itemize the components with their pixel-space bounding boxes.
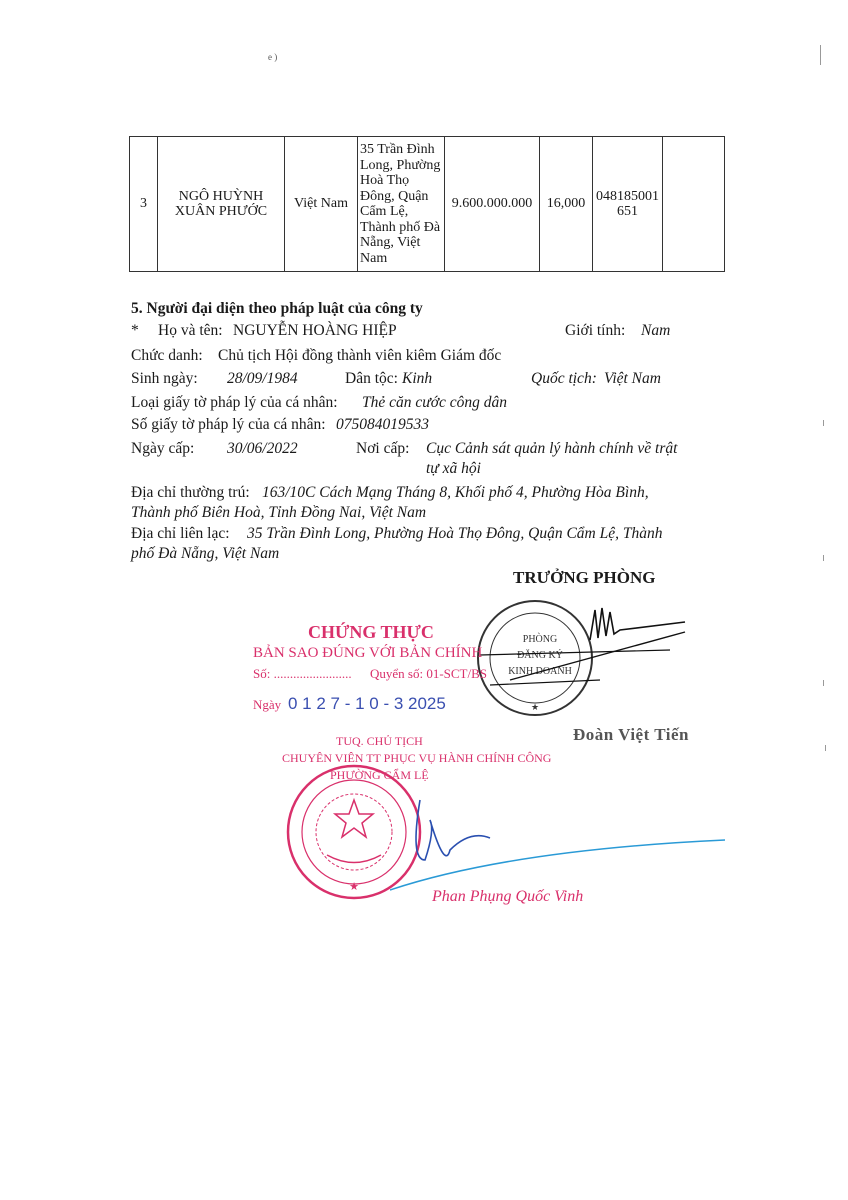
cert-tuq: TUQ. CHỦ TỊCH (336, 734, 423, 749)
blue-signature (390, 790, 730, 900)
title-label: Chức danh: (131, 347, 203, 365)
member-note (663, 137, 725, 272)
cert-quyen-so: Quyển số: 01-SCT/BS (370, 666, 487, 682)
bullet: * (131, 322, 139, 340)
ethnic-value: Kinh (402, 370, 432, 388)
issue-date-value: 30/06/2022 (227, 440, 298, 458)
scan-edge-mark (823, 555, 824, 561)
signature-title: TRƯỞNG PHÒNG (513, 568, 655, 588)
member-ratio: 16,000 (540, 137, 593, 272)
issue-place-line2: tự xã hội (426, 460, 481, 478)
member-nationality: Việt Nam (285, 137, 358, 272)
name-label: Họ và tên: (158, 322, 223, 340)
cert-date-label: Ngày (253, 697, 281, 713)
member-capital: 9.600.000.000 (445, 137, 540, 272)
title-value: Chủ tịch Hội đồng thành viên kiêm Giám đ… (218, 347, 501, 365)
row-number: 3 (130, 137, 158, 272)
perm-addr-line2: Thành phố Biên Hoà, Tỉnh Đồng Nai, Việt … (131, 504, 426, 522)
issue-date-label: Ngày cấp: (131, 440, 194, 458)
cert-date-value: 0 1 2 7 - 1 0 - 3 2025 (288, 694, 446, 714)
ethnic-label: Dân tộc: (345, 370, 398, 388)
cert-title: CHỨNG THỰC (308, 622, 434, 643)
cert-subtitle: BẢN SAO ĐÚNG VỚI BẢN CHÍNH (253, 645, 482, 662)
scan-edge-mark (825, 745, 826, 751)
issue-place-label: Nơi cấp: (356, 440, 409, 458)
scan-edge-mark (820, 45, 821, 65)
black-signature (470, 600, 690, 710)
perm-addr-line1: 163/10C Cách Mạng Tháng 8, Khối phố 4, P… (262, 484, 649, 502)
contact-addr-label: Địa chỉ liên lạc: (131, 525, 230, 543)
gender-value: Nam (641, 322, 670, 340)
dob-label: Sinh ngày: (131, 370, 198, 388)
dob-value: 28/09/1984 (227, 370, 298, 388)
scan-mark: e ) (268, 52, 277, 62)
member-address: 35 Trần Đình Long, Phường Hoà Thọ Đông, … (358, 137, 445, 272)
doc-type-value: Thẻ căn cước công dân (362, 394, 507, 412)
table-row: 3 NGÔ HUỲNH XUÂN PHƯỚC Việt Nam 35 Trần … (130, 137, 725, 272)
scan-edge-mark (823, 420, 824, 426)
doc-type-label: Loại giấy tờ pháp lý của cá nhân: (131, 394, 338, 412)
nationality-label: Quốc tịch: (531, 370, 597, 388)
svg-text:★: ★ (349, 881, 359, 893)
cert-signer-name: Phan Phụng Quốc Vinh (432, 888, 583, 906)
perm-addr-label: Địa chỉ thường trú: (131, 484, 250, 502)
scan-edge-mark (823, 680, 824, 686)
contact-addr-line2: phố Đà Nẵng, Việt Nam (131, 545, 279, 563)
doc-no-value: 075084019533 (336, 416, 429, 434)
issue-place-line1: Cục Cảnh sát quản lý hành chính về trật (426, 440, 677, 458)
nationality-value: Việt Nam (604, 370, 661, 388)
cert-so: Số: ........................ (253, 666, 352, 682)
members-table: 3 NGÔ HUỲNH XUÂN PHƯỚC Việt Nam 35 Trần … (129, 136, 725, 272)
contact-addr-line1: 35 Trần Đình Long, Phường Hoà Thọ Đông, … (247, 525, 662, 543)
name-value: NGUYỄN HOÀNG HIỆP (233, 322, 397, 340)
doc-no-label: Số giấy tờ pháp lý của cá nhân: (131, 416, 326, 434)
gender-label: Giới tính: (565, 322, 625, 340)
section-heading: 5. Người đại diện theo pháp luật của côn… (131, 300, 423, 318)
member-id: 048185001651 (593, 137, 663, 272)
dept-signer-name: Đoàn Việt Tiến (573, 725, 689, 745)
member-name: NGÔ HUỲNH XUÂN PHƯỚC (158, 137, 285, 272)
